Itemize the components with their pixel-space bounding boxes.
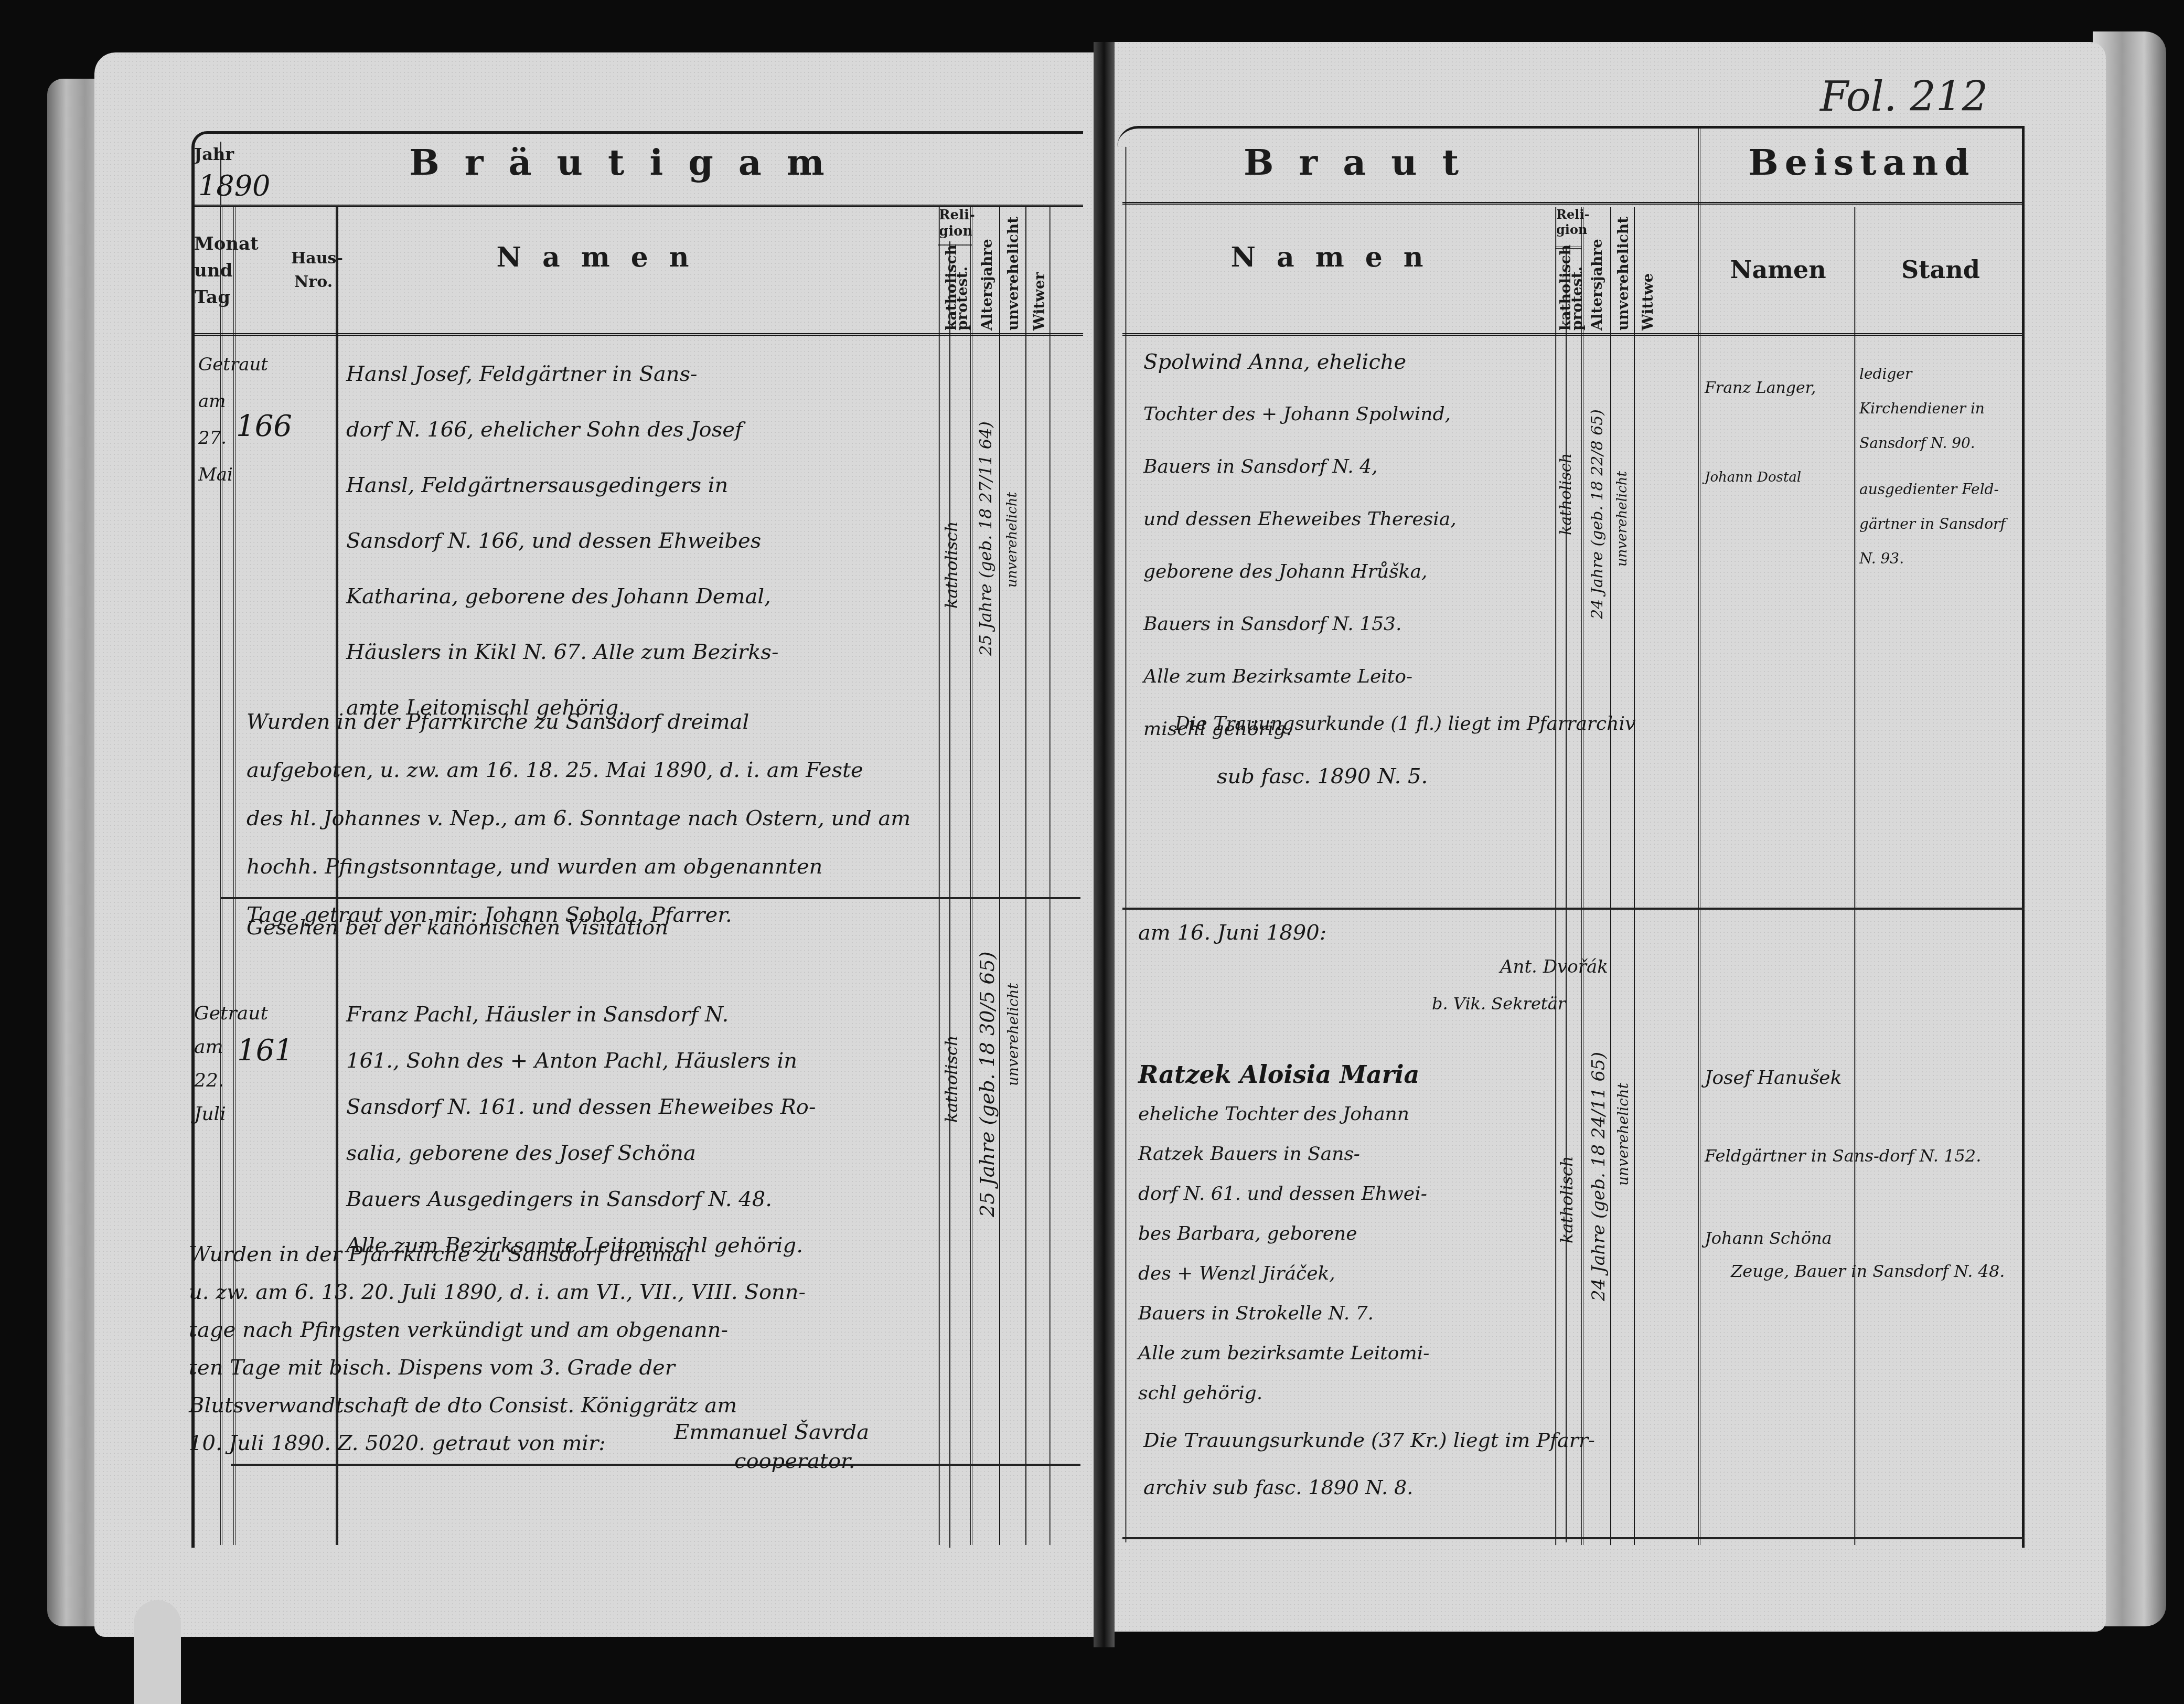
signature-name: Emmanuel Šavrda [674, 1417, 869, 1448]
protestant-header: protest. [954, 252, 971, 331]
visitation-signer-title: b. Vik. Sekretär [1432, 976, 1566, 1031]
certificate-note: Die Trauungsurkunde (1 fl.) liegt im Pfa… [1175, 698, 1909, 803]
witness-2-name: Johann Schöna [1705, 1217, 1862, 1259]
bride-description: Ratzek Aloisia Maria eheliche Tochter de… [1138, 1055, 1558, 1413]
widower-header: Witwer [1031, 262, 1048, 331]
age-value: 24 Jahre (geb. 18 22/8 65) [1588, 399, 1607, 619]
witness-names-header: Namen [1705, 252, 1851, 288]
groom-description: Hansl Josef, Feldgärtner in Sans- dorf N… [346, 346, 934, 736]
status-value: unverehelicht [1614, 1028, 1632, 1186]
witness-1-name: Franz Langer, [1705, 367, 1857, 409]
religion-value: katholisch [941, 493, 961, 609]
age-value: 24 Jahre (geb. 18 24/11 65) [1588, 1007, 1610, 1301]
house-number: 161 [237, 1023, 293, 1079]
religion-header: Reli-gion [1556, 207, 1581, 238]
wooden-bookmark [134, 1600, 181, 1704]
unmarried-header: unverehelicht [1614, 220, 1632, 331]
protestant-header: protest. [1568, 252, 1586, 331]
house-no-header: Haus-Nro. [291, 247, 336, 294]
visitation-date: am 16. Juni 1890: [1138, 905, 1326, 961]
status-value: unverehelicht [1004, 913, 1022, 1086]
witness-2-name: Johann Dostal [1705, 456, 1857, 498]
witness-1-name: Josef Hanušek [1705, 1060, 1862, 1096]
groom-section-title: Bräutigam [367, 142, 892, 184]
age-header: Altersjahre [978, 241, 995, 331]
groom-description: Franz Pachl, Häusler in Sansdorf N. 161.… [346, 992, 934, 1269]
witness-1-status: Feldgärtner in Sans-dorf N. 152. [1705, 1138, 2019, 1173]
age-value: 25 Jahre (geb. 18 30/5 65) [976, 902, 1000, 1217]
witness-1-status: lediger Kirchendiener in Sansdorf N. 90. [1859, 357, 2022, 461]
religion-value: katholisch [1557, 420, 1576, 535]
year-label: Jahr [194, 142, 220, 167]
witness-status-header: Stand [1859, 252, 2022, 288]
signature-title: cooperator. [734, 1445, 855, 1477]
bride-section-title: Braut [1154, 142, 1573, 184]
religion-value: katholisch [941, 986, 961, 1123]
book-gutter [1094, 42, 1115, 1647]
status-value: unverehelicht [1614, 430, 1631, 567]
certificate-note: Die Trauungsurkunde (37 Kr.) liegt im Pf… [1143, 1417, 1904, 1511]
entry-date: Getraut am 27. Mai [198, 346, 238, 493]
bride-names-header: Namen [1154, 241, 1521, 273]
entry-date: Getraut am 22. Juli [194, 997, 236, 1131]
bride-description: Spolwind Anna, eheliche Tochter des + Jo… [1143, 336, 1553, 755]
status-value: unverehelicht [1004, 430, 1021, 588]
year-value: 1890 [198, 168, 270, 205]
month-day-header: Monat und Tag [194, 231, 231, 311]
visitation-note: Gesehen bei der kanonischen Visitation [247, 900, 668, 955]
age-value: 25 Jahre (geb. 18 27/11 64) [976, 404, 995, 656]
witness-section-title: Beistand [1705, 142, 2019, 184]
witness-2-status: Zeuge, Bauer in Sansdorf N. 48. [1731, 1254, 2019, 1288]
religion-value: katholisch [1557, 1075, 1577, 1243]
unmarried-header: unverehelicht [1004, 220, 1022, 331]
house-number: 166 [236, 399, 292, 454]
names-header: Namen [367, 241, 839, 273]
folio-number: Fol. 212 [1820, 73, 1988, 121]
widow-header: Wittwe [1639, 262, 1656, 331]
religion-header: Reli-gion [939, 207, 970, 240]
age-header: Altersjahre [1588, 241, 1605, 331]
witness-2-status: ausgedienter Feld-gärtner in Sansdorf N.… [1859, 472, 2022, 576]
